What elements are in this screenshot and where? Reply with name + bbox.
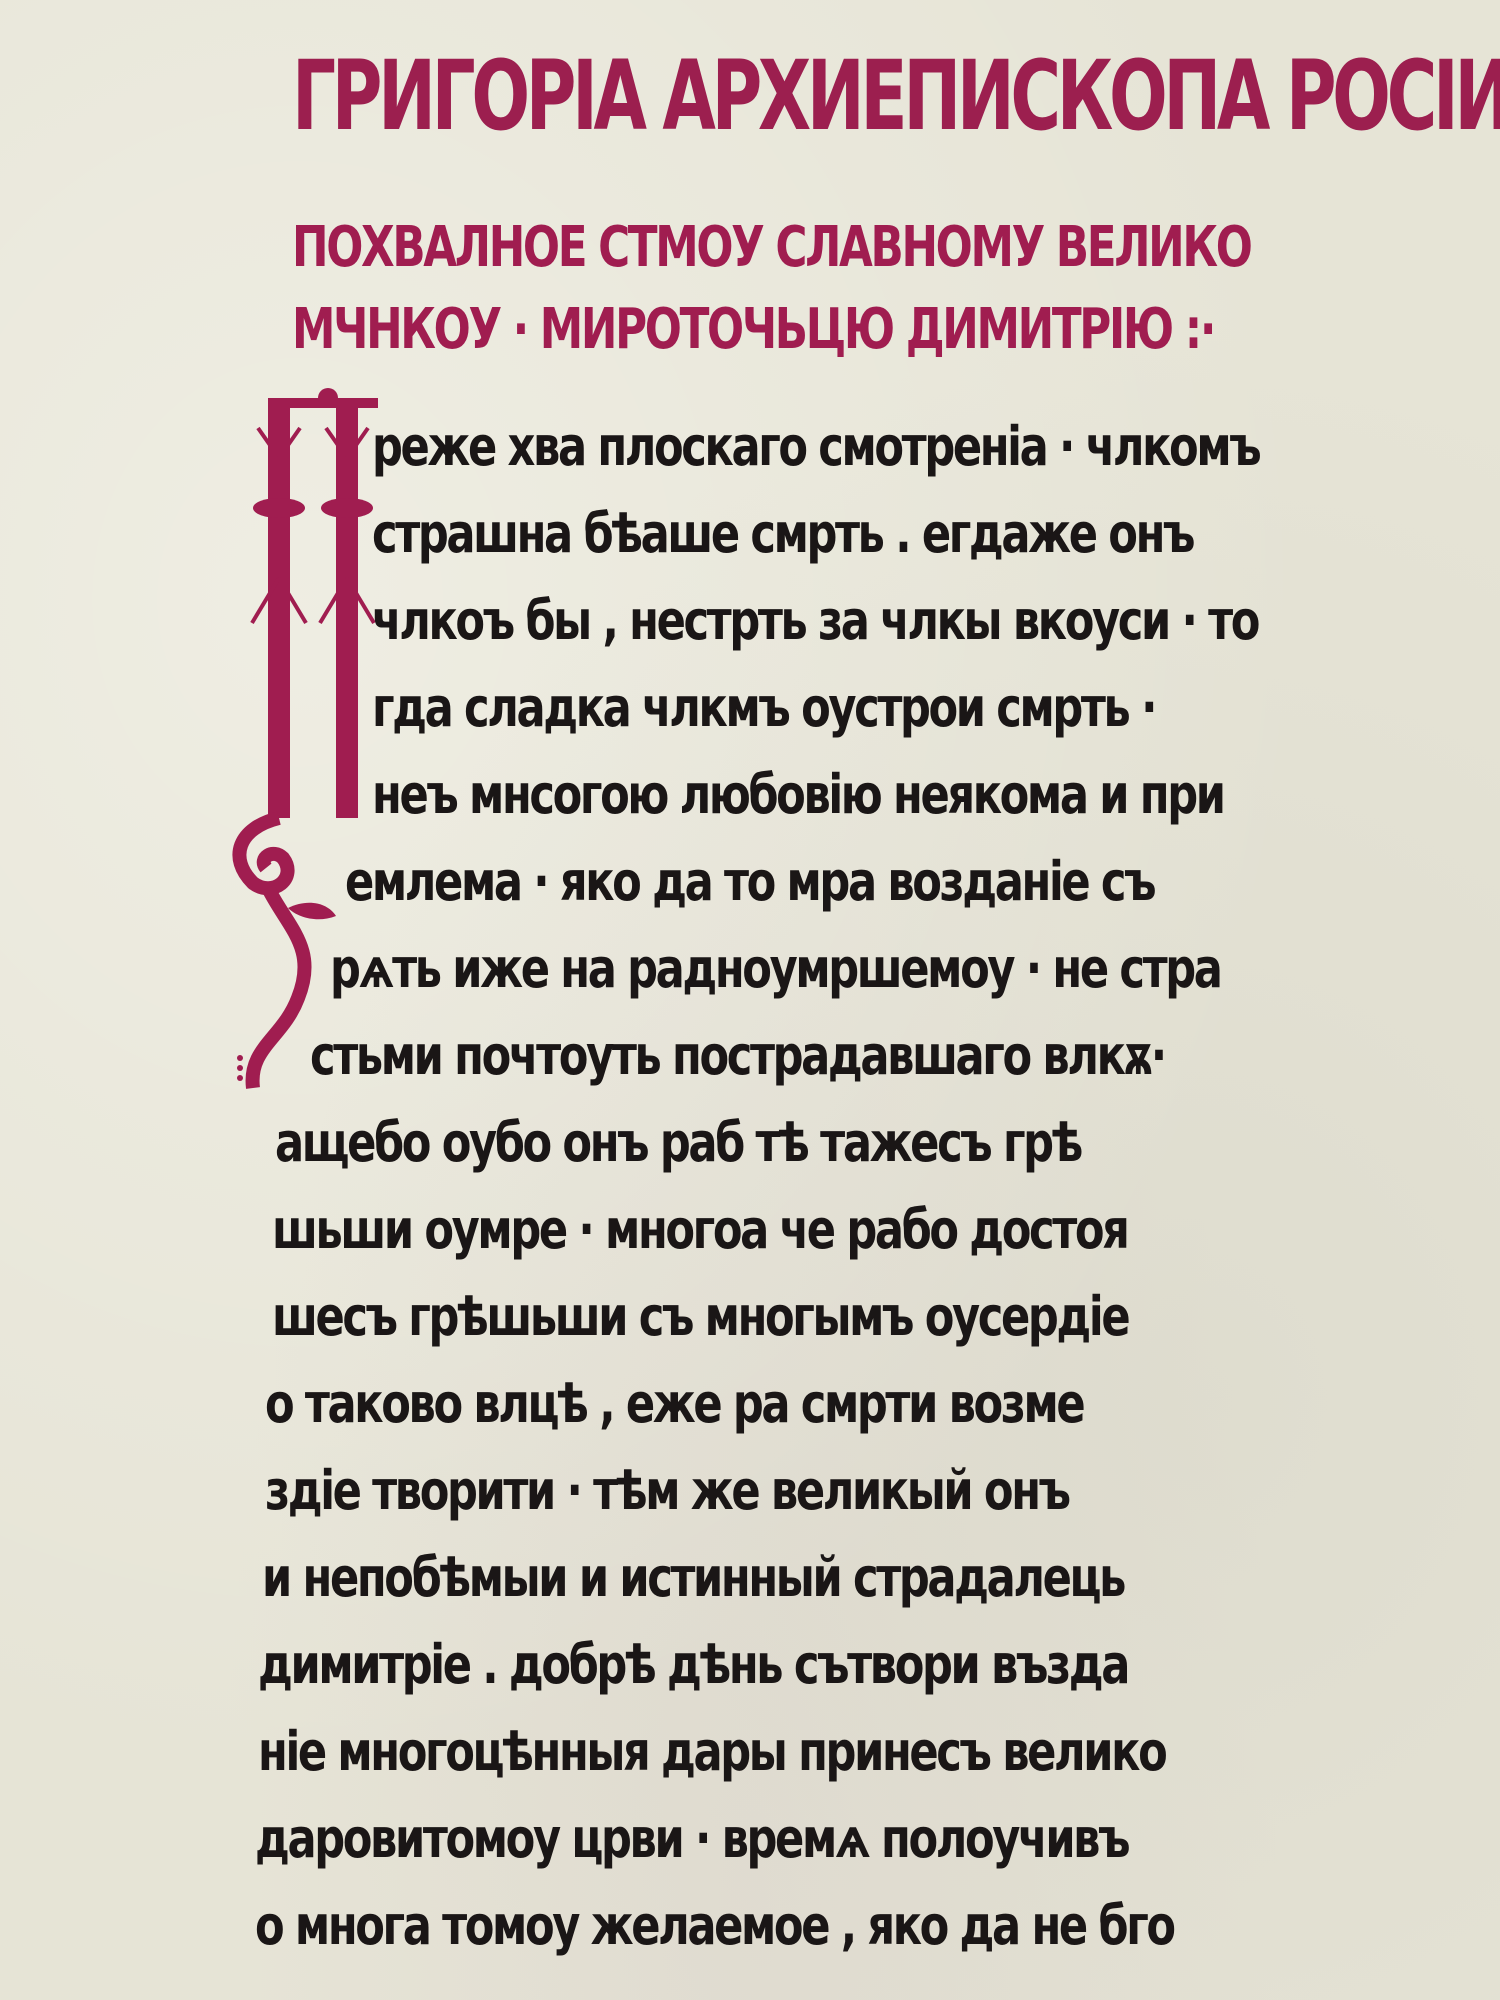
body-line-14: и непобѣмыи и истинный страдалець [262,1551,1124,1605]
body-line-1: реже хва плоскаго смотреніа · члкомъ [372,420,1259,474]
body-line-9: ащебо оубо онъ раб тѣ тажесъ грѣ [275,1116,1081,1170]
body-line-11: шесъ грѣшьши съ многымъ оусердіе [272,1290,1128,1344]
illuminated-initial-p [228,388,378,1108]
body-line-10: шьши оумре · многоа че рабо достоя [272,1203,1128,1257]
body-line-18: о многа томоу желаемое , яко да не бго [255,1899,1174,1953]
body-line-8: стьми почтоуть пострадавшаго влкѫ· [310,1029,1165,1083]
body-line-4: гда сладка члкмъ оустрои смрть · [372,681,1155,735]
body-line-2: страшна бѣаше смрть . егдаже онъ [372,507,1193,561]
body-line-16: ніе многоцѣнныя дары принесъ велико [258,1725,1165,1779]
manuscript-page: ГРИГОРІА АРХИЕПИСКОПА РОСІИСКОГО ПОХВАЛН… [0,0,1500,2000]
body-line-3: члкоъ бы , нестрть за члкы вкоуси · то [372,594,1258,648]
body-line-17: даровитомоу црви · времѧ полоучивъ [255,1812,1128,1866]
subtitle-line-2: МЧНКОУ · МИРОТОЧЬЦЮ ДИМИТРІЮ :· [292,302,1214,358]
manuscript-title: ГРИГОРІА АРХИЕПИСКОПА РОСІИСКОГО [292,48,1500,144]
body-line-7: рѧть иже на радноумршемоу · не стра [330,942,1221,996]
subtitle-line-1: ПОХВАЛНОЕ СТМОУ СЛАВНОМУ ВЕЛИКО [292,220,1251,276]
body-line-5: неъ мнсогою любовію неякома и при [372,768,1224,822]
body-line-15: димитріе . добрѣ дѣнь сътвори възда [258,1638,1128,1692]
body-line-12: о таково влцѣ , еже ра смрти возме [265,1377,1083,1431]
body-line-13: здіе творити · тѣм же великый онъ [265,1464,1069,1518]
body-line-6: емлема · яко да то мра возданіе съ [345,855,1154,909]
